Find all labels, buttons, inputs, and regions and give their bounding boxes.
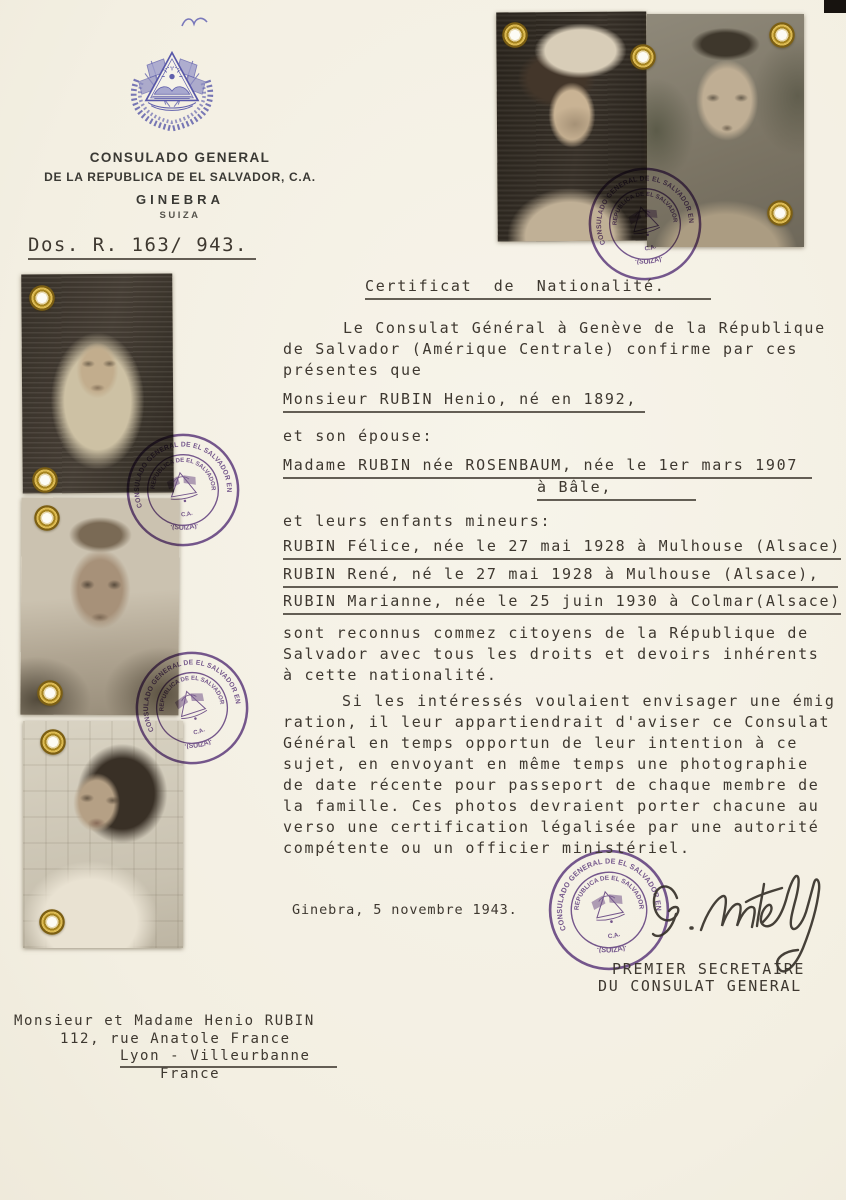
text-line: sont reconnus commez citoyens de la Répu… [283,623,820,644]
text-line: sujet, en envoyant en même temps une pho… [283,754,836,775]
brass-eyelet [630,44,656,70]
certificate-title: Certificat de Nationalité. [365,276,711,300]
dossier-number: Dos. R. 163/ 943. [28,235,256,260]
paragraph-intro: Le Consulat Général à Genève de la Répub… [283,318,826,381]
letterhead-republic-name: DE LA REPUBLICA DE EL SALVADOR, C.A. [20,170,340,184]
address-country: France [160,1065,220,1083]
address-street: 112, rue Anatole France [60,1030,291,1048]
brass-eyelet [502,22,528,48]
address-city: Lyon - Villeurbanne [120,1047,337,1068]
brass-eyelet [769,22,795,48]
letterhead-consulate-name: CONSULADO GENERAL [20,150,340,165]
text-line: présentes que [283,360,826,381]
letterhead-country: SUIZA [20,210,340,221]
brass-eyelet [29,285,55,311]
consular-stamp-photo-1 [116,423,250,557]
text-line: la famille. Ces photos devraient porter … [283,796,836,817]
text-line: de date récente pour passeport de chaque… [283,775,836,796]
brass-eyelet [32,467,58,493]
paragraph-emigration: Si les intéressés voulaient envisager un… [283,691,836,859]
text-line: Général en temps opportun de leur intent… [283,733,836,754]
el-salvador-coat-of-arms [120,36,224,140]
brass-eyelet [767,200,793,226]
date-place-line: Ginebra, 5 novembre 1943. [292,900,518,921]
pen-scribble-mark [180,14,210,30]
text-line: compétente ou un officier ministériel. [283,838,836,859]
text-line: Si les intéressés voulaient envisager un… [283,691,836,712]
letterhead-city: GINEBRA [20,192,340,207]
text-line: verso une certification légalisée par un… [283,817,836,838]
scanned-certificate-document: { "letterhead": { "line1": "CONSULADO GE… [0,0,846,1200]
brass-eyelet [40,729,66,755]
paragraph-recognition: sont reconnus commez citoyens de la Répu… [283,623,820,686]
scan-edge-artifact [824,0,846,13]
address-recipient-names: Monsieur et Madame Henio RUBIN [14,1012,315,1030]
secretary-title-line2: DU CONSULAT GENERAL [598,976,802,997]
brass-eyelet [39,909,65,935]
madame-rubin-line: Madame RUBIN née ROSENBAUM, née le 1er m… [283,455,812,479]
text-line: Le Consulat Général à Genève de la Répub… [283,318,826,339]
madame-rubin-birthplace: à Bâle, [537,477,696,501]
epouse-intro: et son épouse: [283,426,433,447]
brass-eyelet [37,680,63,706]
brass-eyelet [34,505,60,531]
enfants-intro: et leurs enfants mineurs: [283,511,551,532]
child-line-felice: RUBIN Félice, née le 27 mai 1928 à Mulho… [283,536,841,560]
child-line-marianne: RUBIN Marianne, née le 25 juin 1930 à Co… [283,591,841,615]
text-line: de Salvador (Amérique Centrale) confirme… [283,339,826,360]
child-line-rene: RUBIN René, né le 27 mai 1928 à Mulhouse… [283,564,838,588]
text-line: ration, il leur appartiendrait d'aviser … [283,712,836,733]
monsieur-rubin-line: Monsieur RUBIN Henio, né en 1892, [283,389,645,413]
text-line: à cette nationalité. [283,665,820,686]
text-line: Salvador avec tous les droits et devoirs… [283,644,820,665]
